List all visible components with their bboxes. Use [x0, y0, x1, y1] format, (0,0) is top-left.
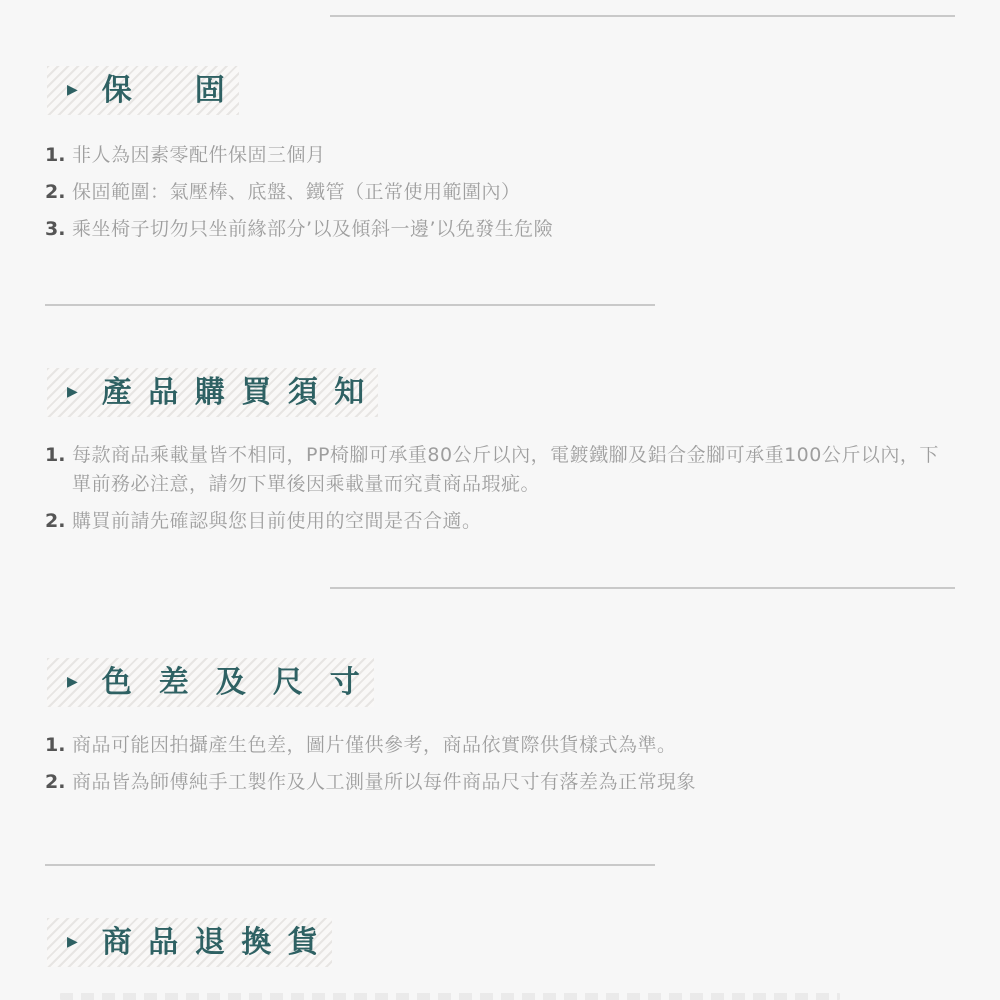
clipped-next-section-text [60, 993, 840, 1000]
list-item: 1. 商品可能因拍攝產生色差，圖片僅供參考，商品依實際供貨樣式為準。 [45, 731, 905, 760]
item-text: 商品皆為師傅純手工製作及人工測量所以每件商品尺寸有落差為正常現象 [72, 771, 696, 793]
section-title-purchase-notes: 產品購買須知 [102, 378, 381, 408]
product-info-page: ▶ 保固 1. 非人為因素零配件保固三個月 2. 保固範圍：氣壓棒、底盤、鐵管（… [0, 0, 1000, 1000]
section-header-purchase-notes: ▶ 產品購買須知 [47, 368, 378, 417]
list-item: 1. 每款商品乘載量皆不相同，PP椅腳可承重80公斤以內，電鍍鐵腳及鋁合金腳可承… [45, 441, 950, 499]
list-item: 2. 商品皆為師傅純手工製作及人工測量所以每件商品尺寸有落差為正常現象 [45, 768, 905, 797]
item-number: 2. [45, 507, 65, 536]
item-text: 每款商品乘載量皆不相同，PP椅腳可承重80公斤以內，電鍍鐵腳及鋁合金腳可承重10… [72, 444, 939, 495]
divider [330, 587, 955, 589]
warranty-list: 1. 非人為因素零配件保固三個月 2. 保固範圍：氣壓棒、底盤、鐵管（正常使用範… [45, 141, 805, 252]
triangle-bullet-icon: ▶ [67, 935, 78, 949]
item-text: 購買前請先確認與您目前使用的空間是否合適。 [72, 510, 482, 532]
triangle-bullet-icon: ▶ [67, 83, 78, 97]
section-header-returns: ▶ 商品退換貨 [47, 918, 332, 967]
list-item: 2. 購買前請先確認與您目前使用的空間是否合適。 [45, 507, 950, 536]
item-text: 保固範圍：氣壓棒、底盤、鐵管（正常使用範圍內） [72, 181, 521, 203]
item-text: 非人為因素零配件保固三個月 [72, 144, 326, 166]
section-header-color-and-size: ▶ 色差及尺寸 [47, 658, 374, 707]
purchase-notes-list: 1. 每款商品乘載量皆不相同，PP椅腳可承重80公斤以內，電鍍鐵腳及鋁合金腳可承… [45, 441, 950, 544]
item-number: 1. [45, 141, 65, 170]
triangle-bullet-icon: ▶ [67, 385, 78, 399]
triangle-bullet-icon: ▶ [67, 675, 78, 689]
divider [45, 304, 655, 306]
list-item: 2. 保固範圍：氣壓棒、底盤、鐵管（正常使用範圍內） [45, 178, 805, 207]
item-text: 乘坐椅子切勿只坐前緣部分’以及傾斜一邊’以免發生危險 [72, 218, 553, 240]
section-title-warranty: 保固 [102, 76, 288, 106]
item-number: 3. [45, 215, 65, 244]
item-number: 2. [45, 768, 65, 797]
list-item: 3. 乘坐椅子切勿只坐前緣部分’以及傾斜一邊’以免發生危險 [45, 215, 805, 244]
item-number: 2. [45, 178, 65, 207]
color-and-size-list: 1. 商品可能因拍攝產生色差，圖片僅供參考，商品依實際供貨樣式為準。 2. 商品… [45, 731, 905, 805]
section-header-warranty: ▶ 保固 [47, 66, 239, 115]
divider [45, 864, 655, 866]
item-number: 1. [45, 731, 65, 760]
list-item: 1. 非人為因素零配件保固三個月 [45, 141, 805, 170]
section-title-returns: 商品退換貨 [102, 928, 335, 958]
item-number: 1. [45, 441, 65, 470]
item-text: 商品可能因拍攝產生色差，圖片僅供參考，商品依實際供貨樣式為準。 [72, 734, 677, 756]
section-title-color-and-size: 色差及尺寸 [102, 668, 387, 698]
divider-top [330, 15, 955, 17]
